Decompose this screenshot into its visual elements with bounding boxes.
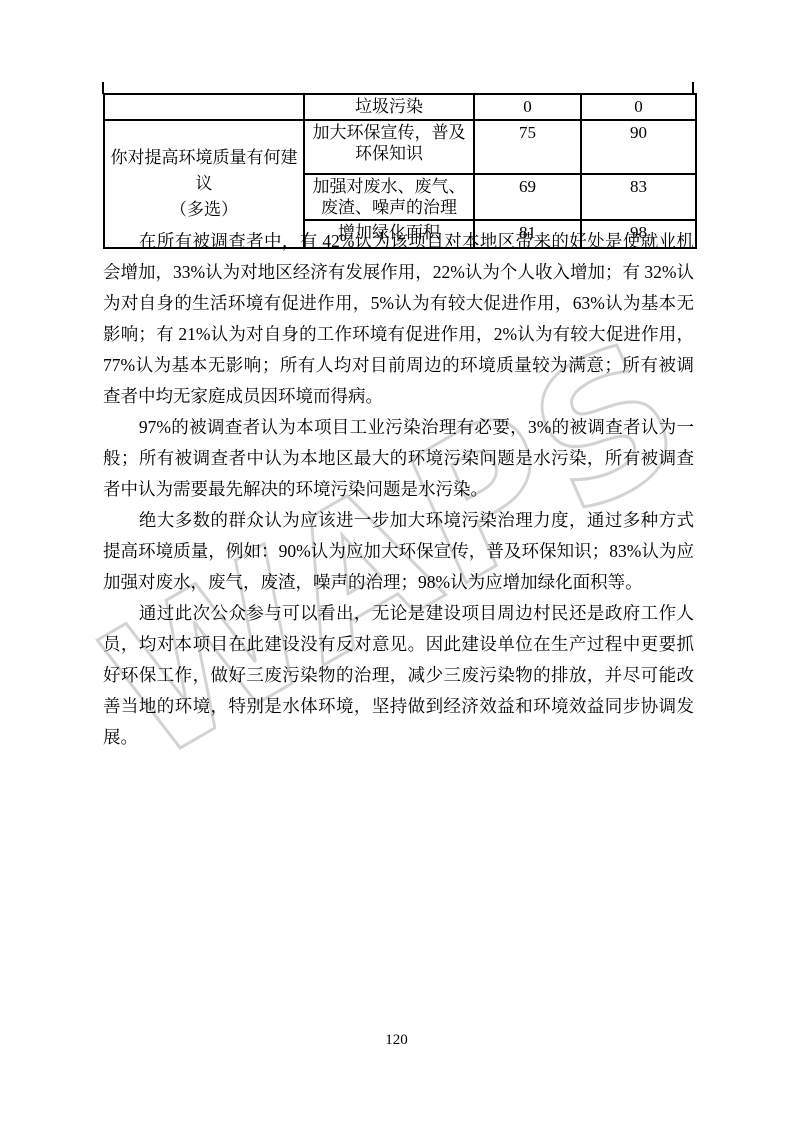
empty-continuation-cell <box>104 94 304 120</box>
document-page: WAPS 垃圾污染 0 0 你对提高环境质量有何建议 （多选） 加大环保宣传，普… <box>0 0 793 1122</box>
body-text: 在所有被调查者中，有 42%认为该项目对本地区带来的好处是使就业机会增加，33%… <box>103 226 694 753</box>
question-note: （多选） <box>109 197 299 223</box>
table-row: 垃圾污染 0 0 <box>104 94 696 120</box>
paragraph-survey-benefits: 在所有被调查者中，有 42%认为该项目对本地区带来的好处是使就业机会增加，33%… <box>103 226 694 412</box>
value-cell: 0 <box>581 94 696 120</box>
value-cell: 75 <box>474 120 581 174</box>
value-cell: 0 <box>474 94 581 120</box>
table-row: 你对提高环境质量有何建议 （多选） 加大环保宣传，普及环保知识 75 90 <box>104 120 696 174</box>
paragraph-conclusion: 通过此次公众参与可以看出，无论是建设项目周边村民还是政府工作人员，均对本项目在此… <box>103 598 694 753</box>
option-cell: 垃圾污染 <box>304 94 474 120</box>
question-label: 你对提高环境质量有何建议 <box>109 145 299 197</box>
option-cell: 加大环保宣传，普及环保知识 <box>304 120 474 174</box>
value-cell: 90 <box>581 120 696 174</box>
paragraph-pollution-opinion: 97%的被调查者认为本项目工业污染治理有必要，3%的被调查者认为一般；所有被调查… <box>103 412 694 505</box>
paragraph-improvement-suggestions: 绝大多数的群众认为应该进一步加大环境污染治理力度，通过多种方式提高环境质量，例如… <box>103 505 694 598</box>
page-number: 120 <box>0 1032 793 1049</box>
value-cell: 83 <box>581 174 696 220</box>
option-cell: 加强对废水、废气、废渣、噪声的治理 <box>304 174 474 220</box>
value-cell: 69 <box>474 174 581 220</box>
